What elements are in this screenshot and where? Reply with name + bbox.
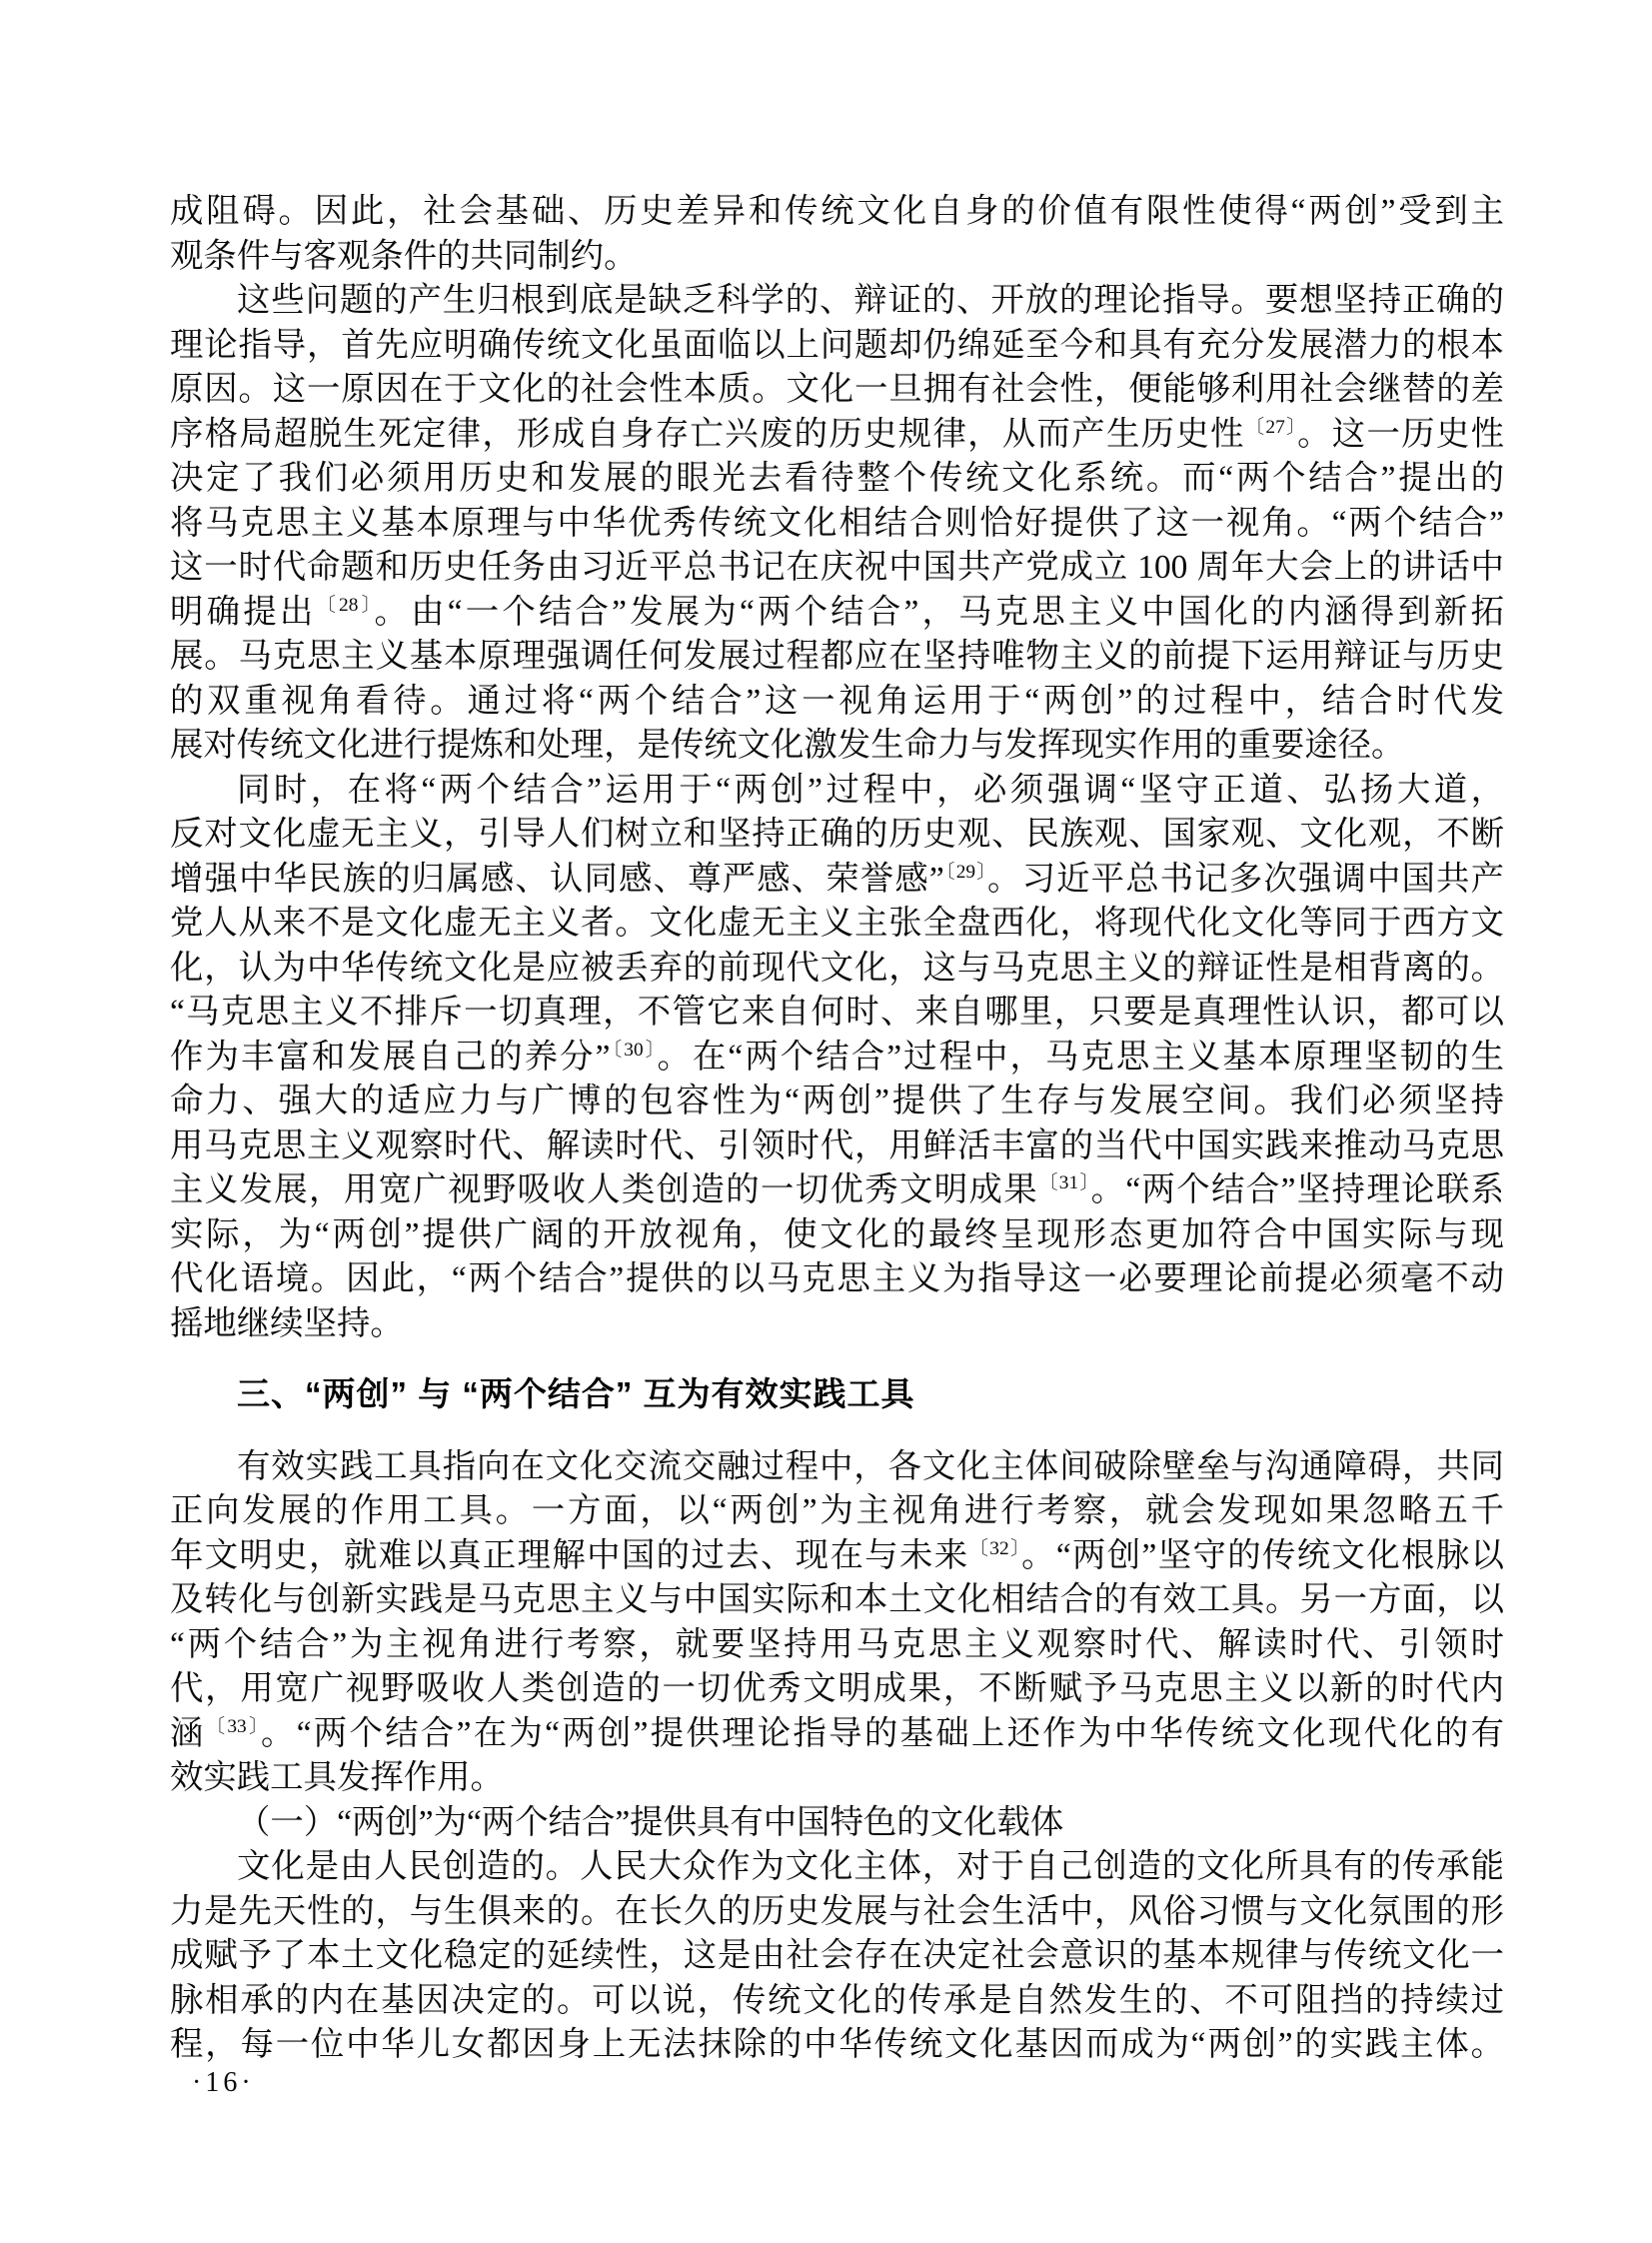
text-line: 力是先天性的，与生俱来的。在长久的历史发展与社会生活中，风俗习惯与文化氛围的形 [170, 1890, 1504, 1935]
text-line: 成阻碍。因此，社会基础、历史差异和传统文化自身的价值有限性使得“两创”受到主 [170, 190, 1504, 235]
text-line: 这些问题的产生归根到底是缺乏科学的、辩证的、开放的理论指导。要想坚持正确的 [170, 279, 1504, 324]
text-line: 展对传统文化进行提炼和处理，是传统文化激发生命力与发挥现实作用的重要途径。 [170, 724, 1504, 769]
footnote-reference: 〔32〕 [969, 1537, 1022, 1558]
text-line: 主义发展，用宽广视野吸收人类创造的一切优秀文明成果〔31〕。“两个结合”坚持理论… [170, 1168, 1504, 1213]
section-heading: 三、“两创” 与 “两个结合” 互为有效实践工具 [170, 1372, 1504, 1417]
text-line: 效实践工具发挥作用。 [170, 1756, 1504, 1801]
text-line: 化，认为中华传统文化是应被丢弃的前现代文化，这与马克思主义的辩证性是相背离的。 [170, 947, 1504, 992]
footnote-reference: 〔29〕 [944, 861, 987, 882]
text-line: 原因。这一原因在于文化的社会性本质。文化一旦拥有社会性，便能够利用社会继替的差 [170, 368, 1504, 413]
text-line: 展。马克思主义基本原理强调任何发展过程都应在坚持唯物主义的前提下运用辩证与历史 [170, 635, 1504, 680]
text-line: 有效实践工具指向在文化交流交融过程中，各文化主体间破除壁垒与沟通障碍，共同 [170, 1445, 1504, 1490]
text-line: 文化是由人民创造的。人民大众作为文化主体，对于自己创造的文化所具有的传承能 [170, 1845, 1504, 1890]
text-line: 观条件与客观条件的共同制约。 [170, 235, 1504, 280]
text-line: 明确提出〔28〕。由“一个结合”发展为“两个结合”，马克思主义中国化的内涵得到新… [170, 591, 1504, 636]
text-line: 实际，为“两创”提供广阔的开放视角，使文化的最终呈现形态更加符合中国实际与现 [170, 1213, 1504, 1258]
text-line: 涵〔33〕。“两个结合”在为“两创”提供理论指导的基础上还作为中华传统文化现代化… [170, 1712, 1504, 1757]
text-line: 同时，在将“两个结合”运用于“两创”过程中，必须强调“坚守正道、弘扬大道， [170, 769, 1504, 814]
text-line: 党人从来不是文化虚无主义者。文化虚无主义主张全盘西化，将现代化文化等同于西方文 [170, 902, 1504, 947]
footnote-reference: 〔27〕 [1245, 416, 1297, 437]
text-line: 反对文化虚无主义，引导人们树立和坚持正确的历史观、民族观、国家观、文化观，不断 [170, 813, 1504, 858]
text-line: 序格局超脱生死定律，形成自身存亡兴废的历史规律，从而产生历史性〔27〕。这一历史… [170, 413, 1504, 458]
text-line: 代，用宽广视野吸收人类创造的一切优秀文明成果，不断赋予马克思主义以新的时代内 [170, 1667, 1504, 1712]
text-line: 的双重视角看待。通过将“两个结合”这一视角运用于“两创”的过程中，结合时代发 [170, 680, 1504, 725]
page-number: ·16· [192, 2067, 255, 2099]
footnote-reference: 〔30〕 [610, 1039, 657, 1060]
text-line: 这一时代命题和历史任务由习近平总书记在庆祝中国共产党成立 100 周年大会上的讲… [170, 546, 1504, 591]
footnote-reference: 〔31〕 [1038, 1172, 1091, 1193]
text-line: “两个结合”为主视角进行考察，就要坚持用马克思主义观察时代、解读时代、引领时 [170, 1623, 1504, 1668]
text-line: 年文明史，就难以真正理解中国的过去、现在与未来〔32〕。“两创”坚守的传统文化根… [170, 1534, 1504, 1579]
text-line: 及转化与创新实践是马克思主义与中国实际和本土文化相结合的有效工具。另一方面，以 [170, 1578, 1504, 1623]
footnote-reference: 〔33〕 [206, 1715, 261, 1736]
text-line: 增强中华民族的归属感、认同感、尊严感、荣誉感”〔29〕。习近平总书记多次强调中国… [170, 858, 1504, 903]
text-column: 成阻碍。因此，社会基础、历史差异和传统文化自身的价值有限性使得“两创”受到主观条… [170, 190, 1504, 2068]
text-line: 理论指导，首先应明确传统文化虽面临以上问题却仍绵延至今和具有充分发展潜力的根本 [170, 324, 1504, 369]
text-line: 摇地继续坚持。 [170, 1302, 1504, 1347]
subsection-heading: （一）“两创”为“两个结合”提供具有中国特色的文化载体 [170, 1801, 1504, 1846]
text-line: 程，每一位中华儿女都因身上无法抹除的中华传统文化基因而成为“两创”的实践主体。 [170, 2023, 1504, 2068]
text-line: 代化语境。因此，“两个结合”提供的以马克思主义为指导这一必要理论前提必须毫不动 [170, 1257, 1504, 1302]
text-line: 成赋予了本土文化稳定的延续性，这是由社会存在决定社会意识的基本规律与传统文化一 [170, 1934, 1504, 1979]
text-line: 用马克思主义观察时代、解读时代、引领时代，用鲜活丰富的当代中国实践来推动马克思 [170, 1124, 1504, 1169]
text-line: 命力、强大的适应力与广博的包容性为“两创”提供了生存与发展空间。我们必须坚持 [170, 1080, 1504, 1124]
text-line: 决定了我们必须用历史和发展的眼光去看待整个传统文化系统。而“两个结合”提出的 [170, 457, 1504, 502]
text-line: 将马克思主义基本原理与中华优秀传统文化相结合则恰好提供了这一视角。“两个结合” [170, 502, 1504, 547]
footnote-reference: 〔28〕 [316, 594, 374, 615]
document-page: 成阻碍。因此，社会基础、历史差异和传统文化自身的价值有限性使得“两创”受到主观条… [0, 0, 1652, 2243]
text-line: 正向发展的作用工具。一方面，以“两创”为主视角进行考察，就会发现如果忽略五千 [170, 1489, 1504, 1534]
text-line: “马克思主义不排斥一切真理，不管它来自何时、来自哪里，只要是真理性认识，都可以 [170, 991, 1504, 1036]
text-line: 脉相承的内在基因决定的。可以说，传统文化的传承是自然发生的、不可阻挡的持续过 [170, 1979, 1504, 2024]
text-line: 作为丰富和发展自己的养分”〔30〕。在“两个结合”过程中，马克思主义基本原理坚韧… [170, 1036, 1504, 1081]
